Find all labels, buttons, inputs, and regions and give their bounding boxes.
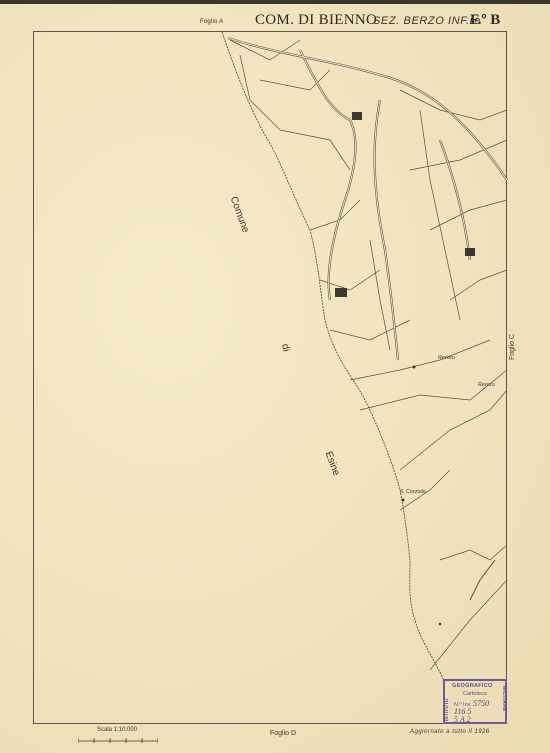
stamp-line2: Cartoteca — [463, 691, 487, 697]
scale-bar — [78, 736, 158, 744]
place-label: Revocu — [438, 355, 455, 361]
stamp-line5: 5 A 2 — [454, 715, 471, 724]
place-label: Revocu — [478, 382, 495, 388]
updated-note: Aggiornato a tutto il 1926 — [410, 729, 490, 735]
archive-stamp: GEOGRAFICO Cartoteca N.º Inv. 5750 116 5… — [443, 679, 507, 724]
adjacent-sheet-c-label: Foglio C — [509, 334, 516, 360]
cadastral-parcels — [0, 0, 550, 753]
stamp-line1: GEOGRAFICO — [452, 683, 493, 689]
stamp-side-left: ISTITUTO — [444, 698, 450, 721]
adjacent-sheet-d-label: Foglio D — [270, 730, 296, 737]
scale-label: Scala 1:10.000 — [97, 727, 137, 733]
place-label: S. Crizzodo — [400, 489, 426, 495]
stamp-side-right: MILITARE — [501, 686, 507, 712]
